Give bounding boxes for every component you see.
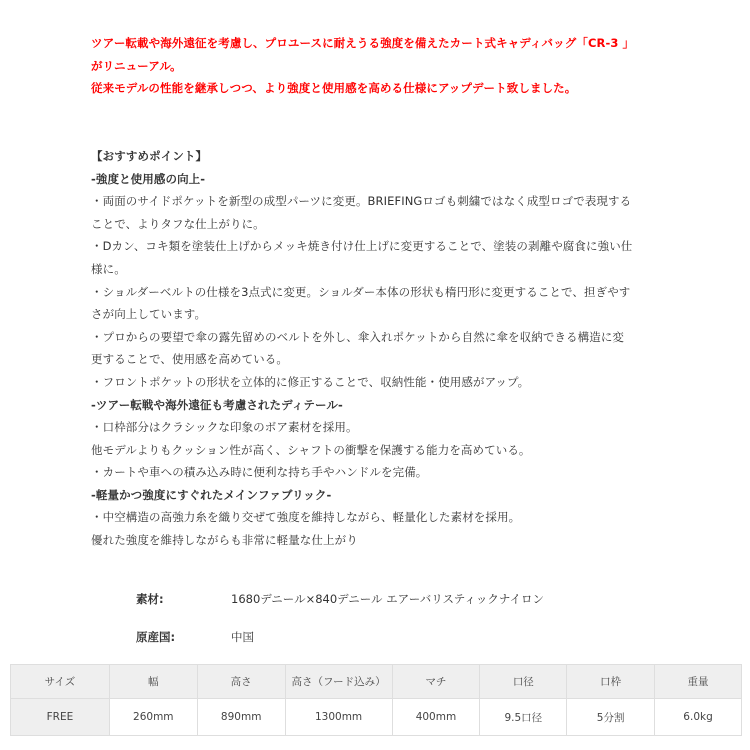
column-header: 口枠 — [567, 665, 655, 699]
table-row: FREE 260mm 890mm 1300mm 400mm 9.5口径 5分割 … — [11, 699, 742, 736]
section-title: -ツアー転戦や海外遠征も考慮されたディテール- — [91, 394, 671, 417]
table-cell: 6.0kg — [655, 699, 742, 736]
product-description: ツアー転載や海外遠征を考慮し、プロユースに耐えうる強度を備えたカート式キャディバ… — [91, 32, 671, 552]
spacer — [91, 122, 671, 145]
section-line: 他モデルよりもクッション性が高く、シャフトの衝撃を保護する能力を高めている。 — [91, 439, 671, 462]
spec-value: 1680デニール×840デニール エアーバリスティックナイロン — [231, 591, 544, 607]
spec-label: 原産国: — [136, 629, 231, 645]
spacer — [91, 100, 671, 123]
table-cell: 890mm — [197, 699, 285, 736]
section-line: ・プロからの要望で傘の露先留めのベルトを外し、傘入れポケットから自然に傘を収納で… — [91, 326, 671, 349]
column-header: 口径 — [480, 665, 567, 699]
spec-row-material: 素材: 1680デニール×840デニール エアーバリスティックナイロン — [136, 580, 544, 618]
section-line: ・Dカン、コキ類を塗装仕上げからメッキ焼き付け仕上げに変更することで、塗装の剥離… — [91, 235, 671, 258]
section-line: ・ショルダーベルトの仕様を3点式に変更。ショルダー本体の形状も楕円形に変更するこ… — [91, 281, 671, 304]
section-line: ・口枠部分はクラシックな印象のボア素材を採用。 — [91, 416, 671, 439]
column-header: マチ — [392, 665, 480, 699]
intro-line: 従来モデルの性能を継承しつつ、より強度と使用感を高める仕様にアップデート致しまし… — [91, 77, 671, 100]
recommend-heading: 【おすすめポイント】 — [91, 145, 671, 168]
table-header-row: サイズ 幅 高さ 高さ（フード込み） マチ 口径 口枠 重量 — [11, 665, 742, 699]
intro-line: がリニューアル。 — [91, 55, 671, 78]
column-header: 高さ — [197, 665, 285, 699]
table-cell: 1300mm — [285, 699, 392, 736]
section-title: -軽量かつ強度にすぐれたメインファブリック- — [91, 484, 671, 507]
size-table: サイズ 幅 高さ 高さ（フード込み） マチ 口径 口枠 重量 FREE 260m… — [10, 664, 742, 736]
spec-value: 中国 — [231, 629, 254, 645]
spec-list: 素材: 1680デニール×840デニール エアーバリスティックナイロン 原産国:… — [136, 580, 544, 656]
column-header: 幅 — [109, 665, 197, 699]
section-line: ・中空構造の高強力糸を織り交ぜて強度を維持しながら、軽量化した素材を採用。 — [91, 506, 671, 529]
section-line: 更することで、使用感を高めている。 — [91, 348, 671, 371]
section-line: ・カートや車への積み込み時に便利な持ち手やハンドルを完備。 — [91, 461, 671, 484]
table-cell: 260mm — [109, 699, 197, 736]
section-title: -強度と使用感の向上- — [91, 168, 671, 191]
section-line: ・両面のサイドポケットを新型の成型パーツに変更。BRIEFINGロゴも刺繍ではな… — [91, 190, 671, 213]
column-header: 高さ（フード込み） — [285, 665, 392, 699]
section-line: さが向上しています。 — [91, 303, 671, 326]
intro-line: ツアー転載や海外遠征を考慮し、プロユースに耐えうる強度を備えたカート式キャディバ… — [91, 32, 671, 55]
column-header: 重量 — [655, 665, 742, 699]
spec-label: 素材: — [136, 591, 231, 607]
table-cell: 400mm — [392, 699, 480, 736]
spec-row-origin: 原産国: 中国 — [136, 618, 544, 656]
section-line: ことで、よりタフな仕上がりに。 — [91, 213, 671, 236]
section-line: ・フロントポケットの形状を立体的に修正することで、収納性能・使用感がアップ。 — [91, 371, 671, 394]
column-header: サイズ — [11, 665, 110, 699]
section-line: 優れた強度を維持しながらも非常に軽量な仕上がり — [91, 529, 671, 552]
table-cell: 9.5口径 — [480, 699, 567, 736]
table-cell: FREE — [11, 699, 110, 736]
table-cell: 5分割 — [567, 699, 655, 736]
section-line: 様に。 — [91, 258, 671, 281]
